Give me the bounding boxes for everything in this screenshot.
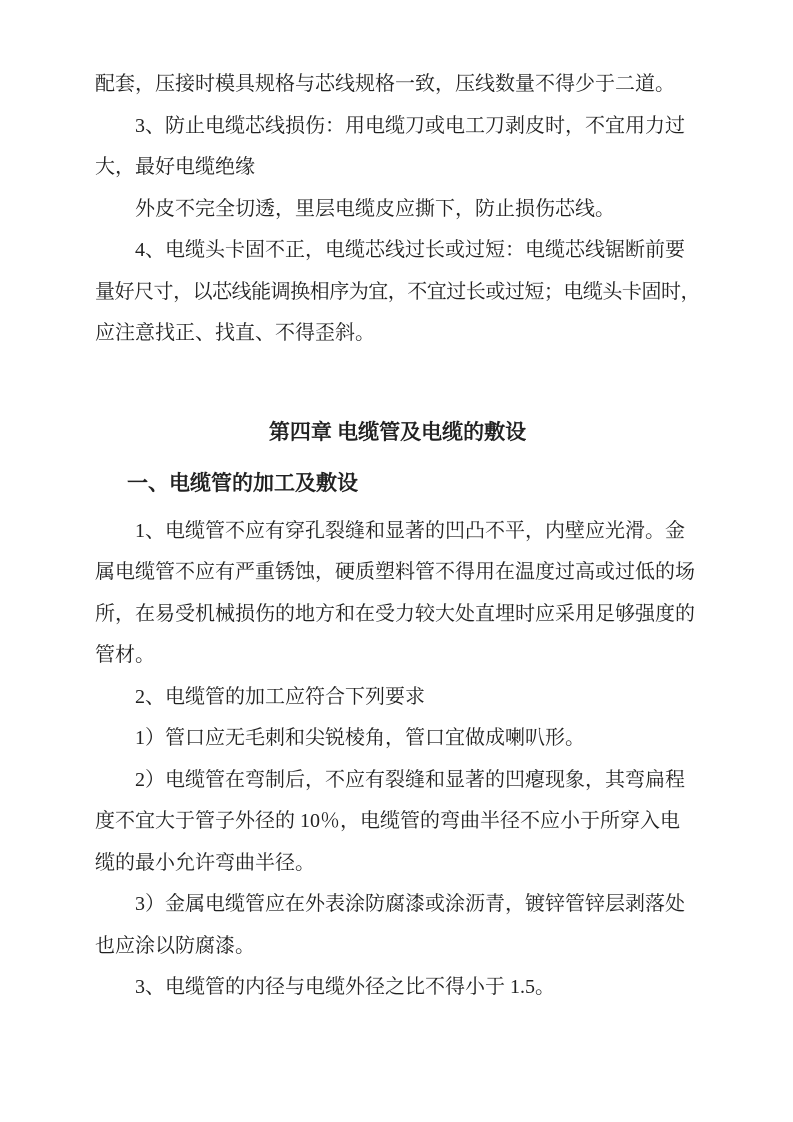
document-line: 度不宜大于管子外径的 10％，电缆管的弯曲半径不应小于所穿入电 [95, 801, 700, 843]
document-line: 属电缆管不应有严重锈蚀，硬质塑料管不得用在温度过高或过低的场 [95, 552, 700, 594]
document-line: 外皮不完全切透，里层电缆皮应撕下，防止损伤芯线。 [95, 189, 700, 231]
document-line: 应注意找正、找直、不得歪斜。 [95, 313, 700, 355]
section-heading: 一、电缆管的加工及敷设 [95, 463, 700, 505]
document-page: 配套，压接时模具规格与芯线规格一致，压线数量不得少于二道。 3、防止电缆芯线损伤… [0, 0, 793, 1122]
document-line: 配套，压接时模具规格与芯线规格一致，压线数量不得少于二道。 [95, 64, 700, 106]
document-line: 2）电缆管在弯制后，不应有裂缝和显著的凹瘪现象，其弯扁程 [95, 760, 700, 802]
document-line: 3）金属电缆管应在外表涂防腐漆或涂沥青，镀锌管锌层剥落处 [95, 884, 700, 926]
document-line: 1）管口应无毛刺和尖锐棱角，管口宜做成喇叭形。 [95, 718, 700, 760]
document-line: 管材。 [95, 635, 700, 677]
document-line: 2、电缆管的加工应符合下列要求 [95, 677, 700, 719]
document-line: 缆的最小允许弯曲半径。 [95, 843, 700, 885]
document-line: 也应涂以防腐漆。 [95, 926, 700, 968]
document-line: 1、电缆管不应有穿孔裂缝和显著的凹凸不平，内壁应光滑。金 [95, 511, 700, 553]
document-line: 所，在易受机械损伤的地方和在受力较大处直埋时应采用足够强度的 [95, 594, 700, 636]
document-content: 配套，压接时模具规格与芯线规格一致，压线数量不得少于二道。 3、防止电缆芯线损伤… [95, 0, 700, 1009]
chapter-heading: 第四章 电缆管及电缆的敷设 [95, 412, 700, 454]
document-line: 大，最好电缆绝缘 [95, 147, 700, 189]
document-line: 3、电缆管的内径与电缆外径之比不得小于 1.5。 [95, 967, 700, 1009]
document-line: 4、电缆头卡固不正，电缆芯线过长或过短：电缆芯线锯断前要 [95, 230, 700, 272]
document-line: 3、防止电缆芯线损伤：用电缆刀或电工刀剥皮时，不宜用力过 [95, 106, 700, 148]
document-line: 量好尺寸，以芯线能调换相序为宜，不宜过长或过短；电缆头卡固时， [95, 272, 700, 314]
